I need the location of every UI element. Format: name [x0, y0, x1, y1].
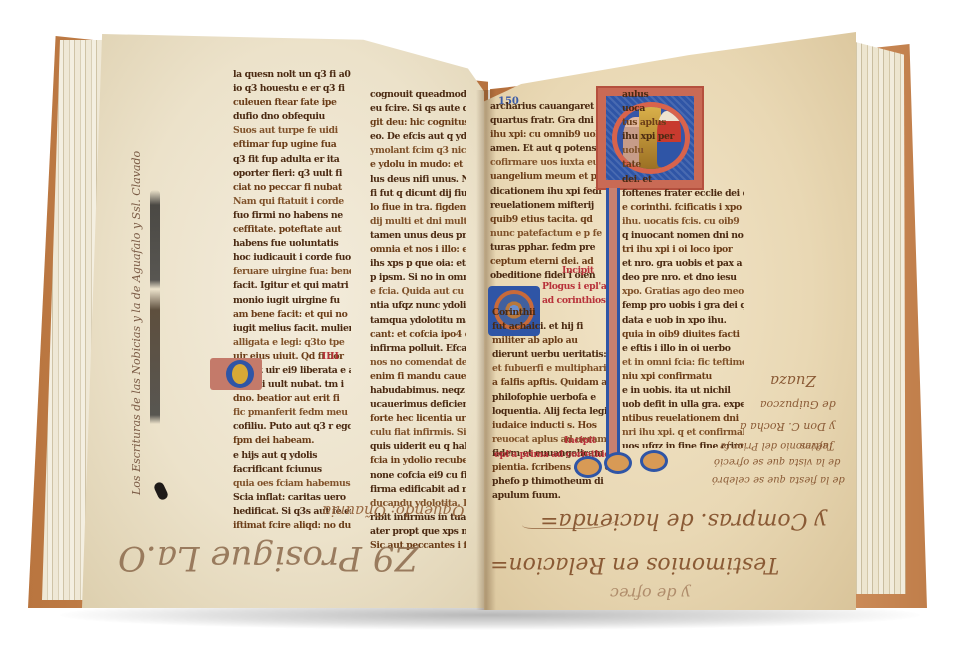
right-col2-line: tri ihu xpi i oi loco ipor [622, 243, 744, 257]
right-col2-line: ihu xpi per [622, 130, 744, 144]
left-col2-line: culu fiat infirmis. Si em [370, 426, 466, 440]
right-col1-line: uangelium meum et p [490, 170, 602, 184]
left-col1-line: ciat no peccar fi nubat [233, 181, 351, 195]
right-col1b-line: philofophie uerbofa e [492, 391, 608, 405]
margin-note-vertical: Los Escrituras de las Nobicias y la de A… [130, 151, 143, 495]
marginal-note: de Guipuzcoa [760, 398, 836, 411]
left-col2-line: firma edificabit ad man [370, 483, 466, 497]
left-col1-line: habens fue uoluntatis [233, 237, 351, 251]
right-col2-line: dei. et [622, 173, 744, 187]
left-col2-line: none cofcia ei9 cu fit in [370, 469, 466, 483]
bottom-inscription-right-2: Testimonios en Relacion= [490, 552, 779, 577]
left-col2-line: git deu: hic cognitus e ab [370, 116, 466, 130]
left-col2-line: fcia in ydolio recubete [370, 454, 466, 468]
rubric-prologue-line-1: Plogus i epl'a prima [542, 280, 612, 294]
left-col1-line: e hijs aut q ydolis [233, 449, 351, 463]
struck-through-note [150, 190, 160, 490]
left-col2-line: omnia et nos i illo: et unus dns [370, 243, 466, 257]
right-col1b-line: et fubuerfi e multipharie [492, 362, 608, 376]
right-col2-line: ihu. uocatis fcis. cu oib9 [622, 215, 744, 229]
left-col2-line: ater propt que xps mortuus e. [370, 525, 466, 539]
right-col2-line: quia in oib9 diuites facti [622, 328, 744, 342]
marginal-note: Jueves [800, 440, 833, 451]
right-col2-line: uoca [622, 102, 744, 116]
bottom-inscription-right-1: y Compras. de hacienda= [540, 508, 827, 533]
right-col2-line: foftenes frater ecclie dei q [622, 187, 744, 201]
right-col2-line: niu xpi confirmatu [622, 370, 744, 384]
right-col1b-line: Corinthii [492, 306, 608, 320]
left-col2-line: quis uiderit eu q habet [370, 440, 466, 454]
left-col1-line: facit. Igitur et qui matri [233, 279, 351, 293]
right-col2-line: nri ihu xpi. q et confirmabit [622, 426, 744, 440]
right-col2-line: tus aplus [622, 116, 744, 130]
left-col2-line: tamqua ydolotitu mandu [370, 314, 466, 328]
left-col1-line: hoc iudicauit i corde fuo [233, 251, 351, 265]
right-col2-line: uolu [622, 144, 744, 158]
left-col2-line: habudabimus. neqz fi no mand [370, 384, 466, 398]
right-col1-line: quib9 etius tacita. qd [490, 213, 602, 227]
right-page-column-1: archarius cauangaretquartus fratr. Gra d… [490, 100, 602, 280]
right-col2-line: deo pre nro. et dno iesu [622, 271, 744, 285]
left-col2-line: eo. De efcis aut q ydolis [370, 130, 466, 144]
marginal-note: y Don C. Rocha a [740, 420, 836, 433]
right-col2-line: data e uob in xpo ihu. [622, 314, 744, 328]
left-col2-line: enim fi mandu cauerimus [370, 370, 466, 384]
right-col1b-line: dierunt uerbu ueritatis: [492, 348, 608, 362]
left-col2-line: lus deus nifi unus. Nam et [370, 173, 466, 187]
right-col2-line: uob defit in ulla gra. expecta [622, 398, 744, 412]
left-col1-line: cofiliu. Puto aut q3 r ego [233, 420, 351, 434]
left-page-column-1: la quesn nolt un q3 fi a0io q3 houestu e… [233, 68, 351, 538]
left-col2-line: fi fut q dicunt dij fiue i ce [370, 187, 466, 201]
left-col1-line: fuo firmi no habens ne [233, 209, 351, 223]
left-col1-line: iftimat fcire aliqd: no du [233, 519, 351, 533]
left-col1-line: q3 fit fup adulta er ita [233, 153, 351, 167]
initial-stem [606, 188, 620, 458]
manuscript-photo: la quesn nolt un q3 fi a0io q3 houestu e… [0, 0, 980, 653]
left-col1-line: quia oes fciam habemus. [233, 477, 351, 491]
left-col2-line: forte hec licentia ura offendi [370, 412, 466, 426]
right-col1-line: nunc patefactum e p fep [490, 227, 602, 241]
left-col1-line: Nam qui ftatuit i corde [233, 195, 351, 209]
left-col2-line: ntia ufqz nunc ydoli [370, 299, 466, 313]
left-col2-line: ihs xps p que oia: et nos [370, 257, 466, 271]
bottom-inscription-right-3: y de ofrec [610, 584, 691, 603]
right-col1-line: ihu xpi: cu omnib9 uobis [490, 128, 602, 142]
left-col2-line: e ydolu in mudo: et q3 nul [370, 158, 466, 172]
right-col1b-line: a falfis apftis. Quidam a [492, 376, 608, 390]
right-col1-line: quartus fratr. Gra dni un [490, 114, 602, 128]
left-col2-line: cognouit queadmodu oporteat [370, 88, 466, 102]
right-col2-line: e eftis i illo in oi uerbo [622, 342, 744, 356]
right-col2-line: e in uobis. ita ut nichil [622, 384, 744, 398]
right-col1-line: cofirmare uos iuxta eu [490, 156, 602, 170]
right-col2-line: q inuocant nomen dni nos [622, 229, 744, 243]
initial-foot-flourish [574, 448, 684, 476]
right-page-column-2: aulusuocatus aplusihu xpi peruolutatedei… [622, 88, 744, 448]
left-col2-line: eu fcire. Si qs aute dili [370, 102, 466, 116]
left-col1-line: feruare uirgine fua: bene [233, 265, 351, 279]
left-col1-line: alligata e legi: q3to tpe [233, 336, 351, 350]
left-col1-line: culeuen ftear fate ipe [233, 96, 351, 110]
marginal-note: de la vista que se ofreció [714, 456, 840, 467]
left-col1-line: iugit melius facit. mulier [233, 322, 351, 336]
left-col1-line: Suos aut turpe fe uidi [233, 124, 351, 138]
right-col1b-line: fut achaici. et hij fi [492, 320, 608, 334]
left-col2-line: dij multi et dni multi. nobis [370, 215, 466, 229]
rubric-incipit-1: Incipit [562, 264, 612, 278]
rubric-numeral: IIII [322, 352, 339, 362]
marginal-note: de la fiesta que se celebró [712, 474, 845, 485]
marginal-note: Zuaza [770, 372, 816, 390]
left-col2-line: cant: et cofcia ipo4 cu fit [370, 328, 466, 342]
left-col2-line: tamen unus deus pr: ex quo [370, 229, 466, 243]
right-col1-line: archarius cauangaret [490, 100, 602, 114]
right-col1b-line: militer ab aplo au [492, 334, 608, 348]
right-col1-line: dicationem ihu xpi fedm [490, 185, 602, 199]
right-col2-line: femp pro uobis i gra dei q [622, 299, 744, 313]
right-col2-line: et nro. gra uobis et pax a [622, 257, 744, 271]
left-col2-line: ucauerimus deficiemus. Uidete aut ne [370, 398, 466, 412]
left-col1-line: dno. beatior aut erit fi [233, 392, 351, 406]
left-col1-line: facrificant fciunus [233, 463, 351, 477]
left-col2-line: p ipsm. Si no in omnibus [370, 271, 466, 285]
rubric-epistle-line-1: Incipit [494, 434, 612, 448]
right-col2-line: tate [622, 158, 744, 172]
bottom-note-left: Oquendo: Oñaunia [322, 502, 465, 520]
right-col1b-line: iudaice inducti s. Hos [492, 419, 608, 433]
decorated-initial-left [210, 358, 262, 390]
left-col2-line: e fcia. Quida aut cu cofcie [370, 285, 466, 299]
right-col1-line: amen. Et aut q potens e [490, 142, 602, 156]
left-col1-line: ceffitate. poteftate aut [233, 223, 351, 237]
left-col2-line: infirma polluit. Efca aut [370, 342, 466, 356]
left-col1-line: la quesn nolt un q3 fi a0 [233, 68, 351, 82]
left-col1-line: io q3 houestu e er q3 fi [233, 82, 351, 96]
right-col2-line: et in omni fcia: fic teftimo [622, 356, 744, 370]
right-col2-line: e corinthi. fcificatis i xpo [622, 201, 744, 215]
right-col2-line: ntibus reuelationem dni [622, 412, 744, 426]
left-col2-line: ymolant fcim q3 nichil [370, 144, 466, 158]
bottom-inscription-left: Z9 Prosigue La.O [118, 538, 418, 578]
right-col1b-line: loquentia. Alij fecta legis: [492, 405, 608, 419]
left-col2-line: lo fiue in tra. figdem fut [370, 201, 466, 215]
left-col1-line: am bene facit: et qui no [233, 308, 351, 322]
left-col1-line: eftimar fup ugine fua [233, 138, 351, 152]
left-col1-line: oporter fieri: q3 uult fi [233, 167, 351, 181]
right-col2-line: xpo. Gratias ago deo meo [622, 285, 744, 299]
right-col2-line: aulus [622, 88, 744, 102]
left-col1-line: dufio dno obfequiu [233, 110, 351, 124]
left-col1-line: fpm dei habeam. [233, 434, 351, 448]
left-col2-line: nos no comendat deo. Neqz [370, 356, 466, 370]
left-col1-line: monio iugit uirgine fu [233, 294, 351, 308]
right-col1-line: turas pphar. fedm pre [490, 241, 602, 255]
left-page-column-2: cognouit queadmodu oporteateu fcire. Si … [370, 88, 466, 558]
right-col1-line: reuelationem mifterij [490, 199, 602, 213]
left-col1-line: fic pmanferit fedm meu [233, 406, 351, 420]
